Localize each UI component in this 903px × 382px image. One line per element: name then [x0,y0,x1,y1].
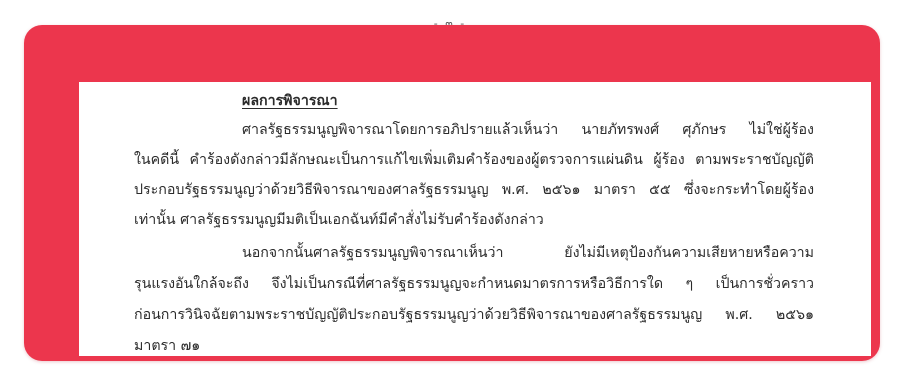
document-excerpt: ผลการพิจารณา ศาลรัฐธรรมนูญพิจารณาโดยการอ… [79,82,871,356]
highlight-frame: ผลการพิจารณา ศาลรัฐธรรมนูญพิจารณาโดยการอ… [24,25,880,361]
paragraph-1-line-3: ประกอบรัฐธรรมนูญว่าด้วยวิธีพิจารณาของศาล… [134,179,814,201]
paragraph-2-line-1: นอกจากนั้นศาลรัฐธรรมนูญพิจารณาเห็นว่า ยั… [242,242,814,264]
paragraph-2-line-3: ก่อนการวินิจฉัยตามพระราชบัญญัติประกอบรัฐ… [134,304,814,326]
paragraph-2-line-2: รุนแรงอันใกล้จะถึง จึงไม่เป็นกรณีที่ศาลร… [134,273,814,295]
section-heading: ผลการพิจารณา [242,90,338,112]
paragraph-1-line-2: ในคดีนี้ คำร้องดังกล่าวมีลักษณะเป็นการแก… [134,149,814,171]
paragraph-1-line-1: ศาลรัฐธรรมนูญพิจารณาโดยการอภิปรายแล้วเห็… [242,119,814,141]
paragraph-1-line-4: เท่านั้น ศาลรัฐธรรมนูญมีมติเป็นเอกฉันท์ม… [134,209,544,231]
paragraph-2-line-4: มาตรา ๗๑ [134,335,200,356]
